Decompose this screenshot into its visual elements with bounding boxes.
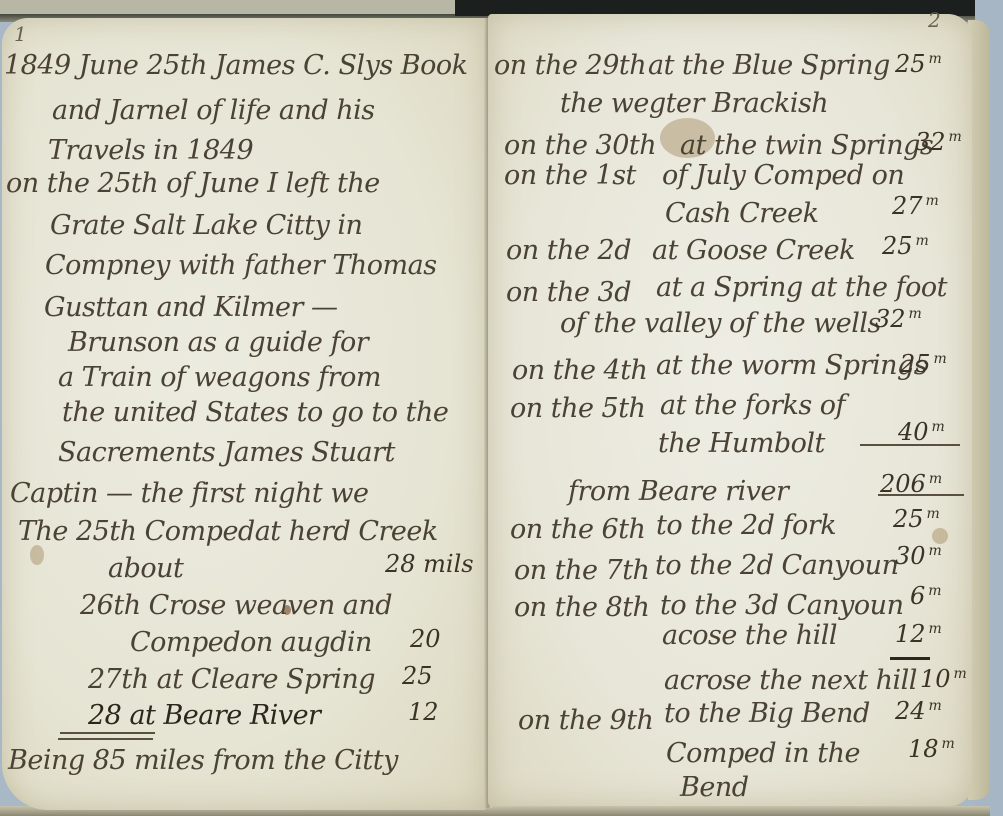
entry-distance: 32m (875, 305, 922, 333)
entry-place: at the Blue Spring (648, 50, 890, 81)
entry-day: on the 6th (510, 514, 645, 545)
entry-distance: 27m (892, 192, 939, 220)
strike-mark (890, 657, 930, 660)
page-stack-top (0, 0, 455, 14)
journal-line: Gusttan and Kilmer — (44, 292, 337, 323)
entry-day: on the 2d (506, 235, 631, 266)
journal-line: Compedon augdin (130, 627, 372, 658)
underline (60, 732, 155, 734)
journal-line: Brunson as a guide for (68, 327, 368, 358)
entry-place: of the valley of the wells (560, 308, 881, 339)
journal-line: 26th Crose weaven and (80, 590, 392, 621)
journal-line: Sacrements James Stuart (58, 437, 395, 468)
distance-value: 20 (410, 625, 441, 653)
sum-rule (860, 444, 960, 446)
entry-distance: 24m (895, 697, 942, 725)
entry-place: acose the hill (662, 620, 837, 651)
entry-day: on the 7th (514, 555, 649, 586)
entry-place: at a Spring at the foot (656, 272, 947, 303)
entry-place: of July Comped on (662, 160, 904, 191)
distance-value: 25 (402, 662, 433, 690)
entry-place: Cash Creek (665, 198, 818, 229)
entry-distance: 25m (895, 50, 942, 78)
journal-line: Captin — the first night we (10, 478, 368, 509)
total-rule (878, 494, 964, 496)
journal-line: the united States to go to the (62, 397, 448, 428)
entry-place: at the twin Springs (680, 130, 933, 161)
entry-distance: 25m (882, 232, 929, 260)
ink-stain (30, 545, 44, 565)
entry-day: on the 30th (504, 130, 656, 161)
underline (58, 738, 153, 740)
entry-place: to the Big Bend (664, 698, 870, 729)
entry-place: at Goose Creek (652, 235, 855, 266)
journal-line: a Train of weagons from (58, 362, 381, 393)
entry-day: on the 4th (512, 355, 647, 386)
entry-place: to the 3d Canyoun (660, 590, 903, 621)
entry-place: to the 2d fork (656, 510, 836, 541)
entry-place: Bend (680, 772, 749, 803)
entry-day: on the 3d (506, 277, 631, 308)
journal-line: The 25th Compedat herd Creek (18, 516, 438, 547)
entry-day: on the 29th (494, 50, 646, 81)
journal-line: Compney with father Thomas (45, 250, 437, 281)
entry-distance: 32m (915, 128, 962, 156)
journal-line: 1849 June 25th James C. Slys Book (4, 50, 467, 81)
distance-value: 12 (408, 698, 439, 726)
entry-day: on the 9th (518, 705, 653, 736)
entry-place: from Beare river (568, 476, 788, 507)
page-number-left: 1 (14, 22, 27, 46)
entry-distance: 12m (895, 620, 942, 648)
entry-distance: 30m (895, 542, 942, 570)
distance-value: 28 mils (385, 550, 474, 578)
entry-distance: 18m (908, 735, 955, 763)
entry-distance: 6m (910, 582, 942, 610)
entry-distance: 40m (898, 418, 945, 446)
journal-line: on the 25th of June I left the (6, 168, 380, 199)
entry-place: to the 2d Canyoun (655, 550, 898, 581)
journal-line: 28 at Beare River (88, 700, 320, 731)
entry-distance: 25m (893, 505, 940, 533)
entry-place: the Humbolt (658, 428, 825, 459)
journal-line: Being 85 miles from the Citty (8, 745, 398, 776)
entry-place: Comped in the (666, 738, 860, 769)
journal-line: Travels in 1849 (48, 135, 253, 166)
entry-day: on the 5th (510, 393, 645, 424)
entry-day: on the 1st (504, 160, 636, 191)
entry-place: the wegter Brackish (560, 88, 828, 119)
page-number-right: 2 (928, 8, 941, 32)
journal-line: and Jarnel of life and his (52, 95, 375, 126)
entry-day: on the 8th (514, 592, 649, 623)
entry-distance: 10m (920, 665, 967, 693)
journal-line: about (108, 553, 183, 584)
entry-place: at the worm Springs (656, 350, 927, 381)
entry-distance: 25m (900, 350, 947, 378)
entry-place: acrose the next hill (664, 665, 917, 696)
journal-line: Grate Salt Lake Citty in (50, 210, 362, 241)
journal-line: 27th at Cleare Spring (88, 664, 375, 695)
entry-place: at the forks of (660, 390, 845, 421)
